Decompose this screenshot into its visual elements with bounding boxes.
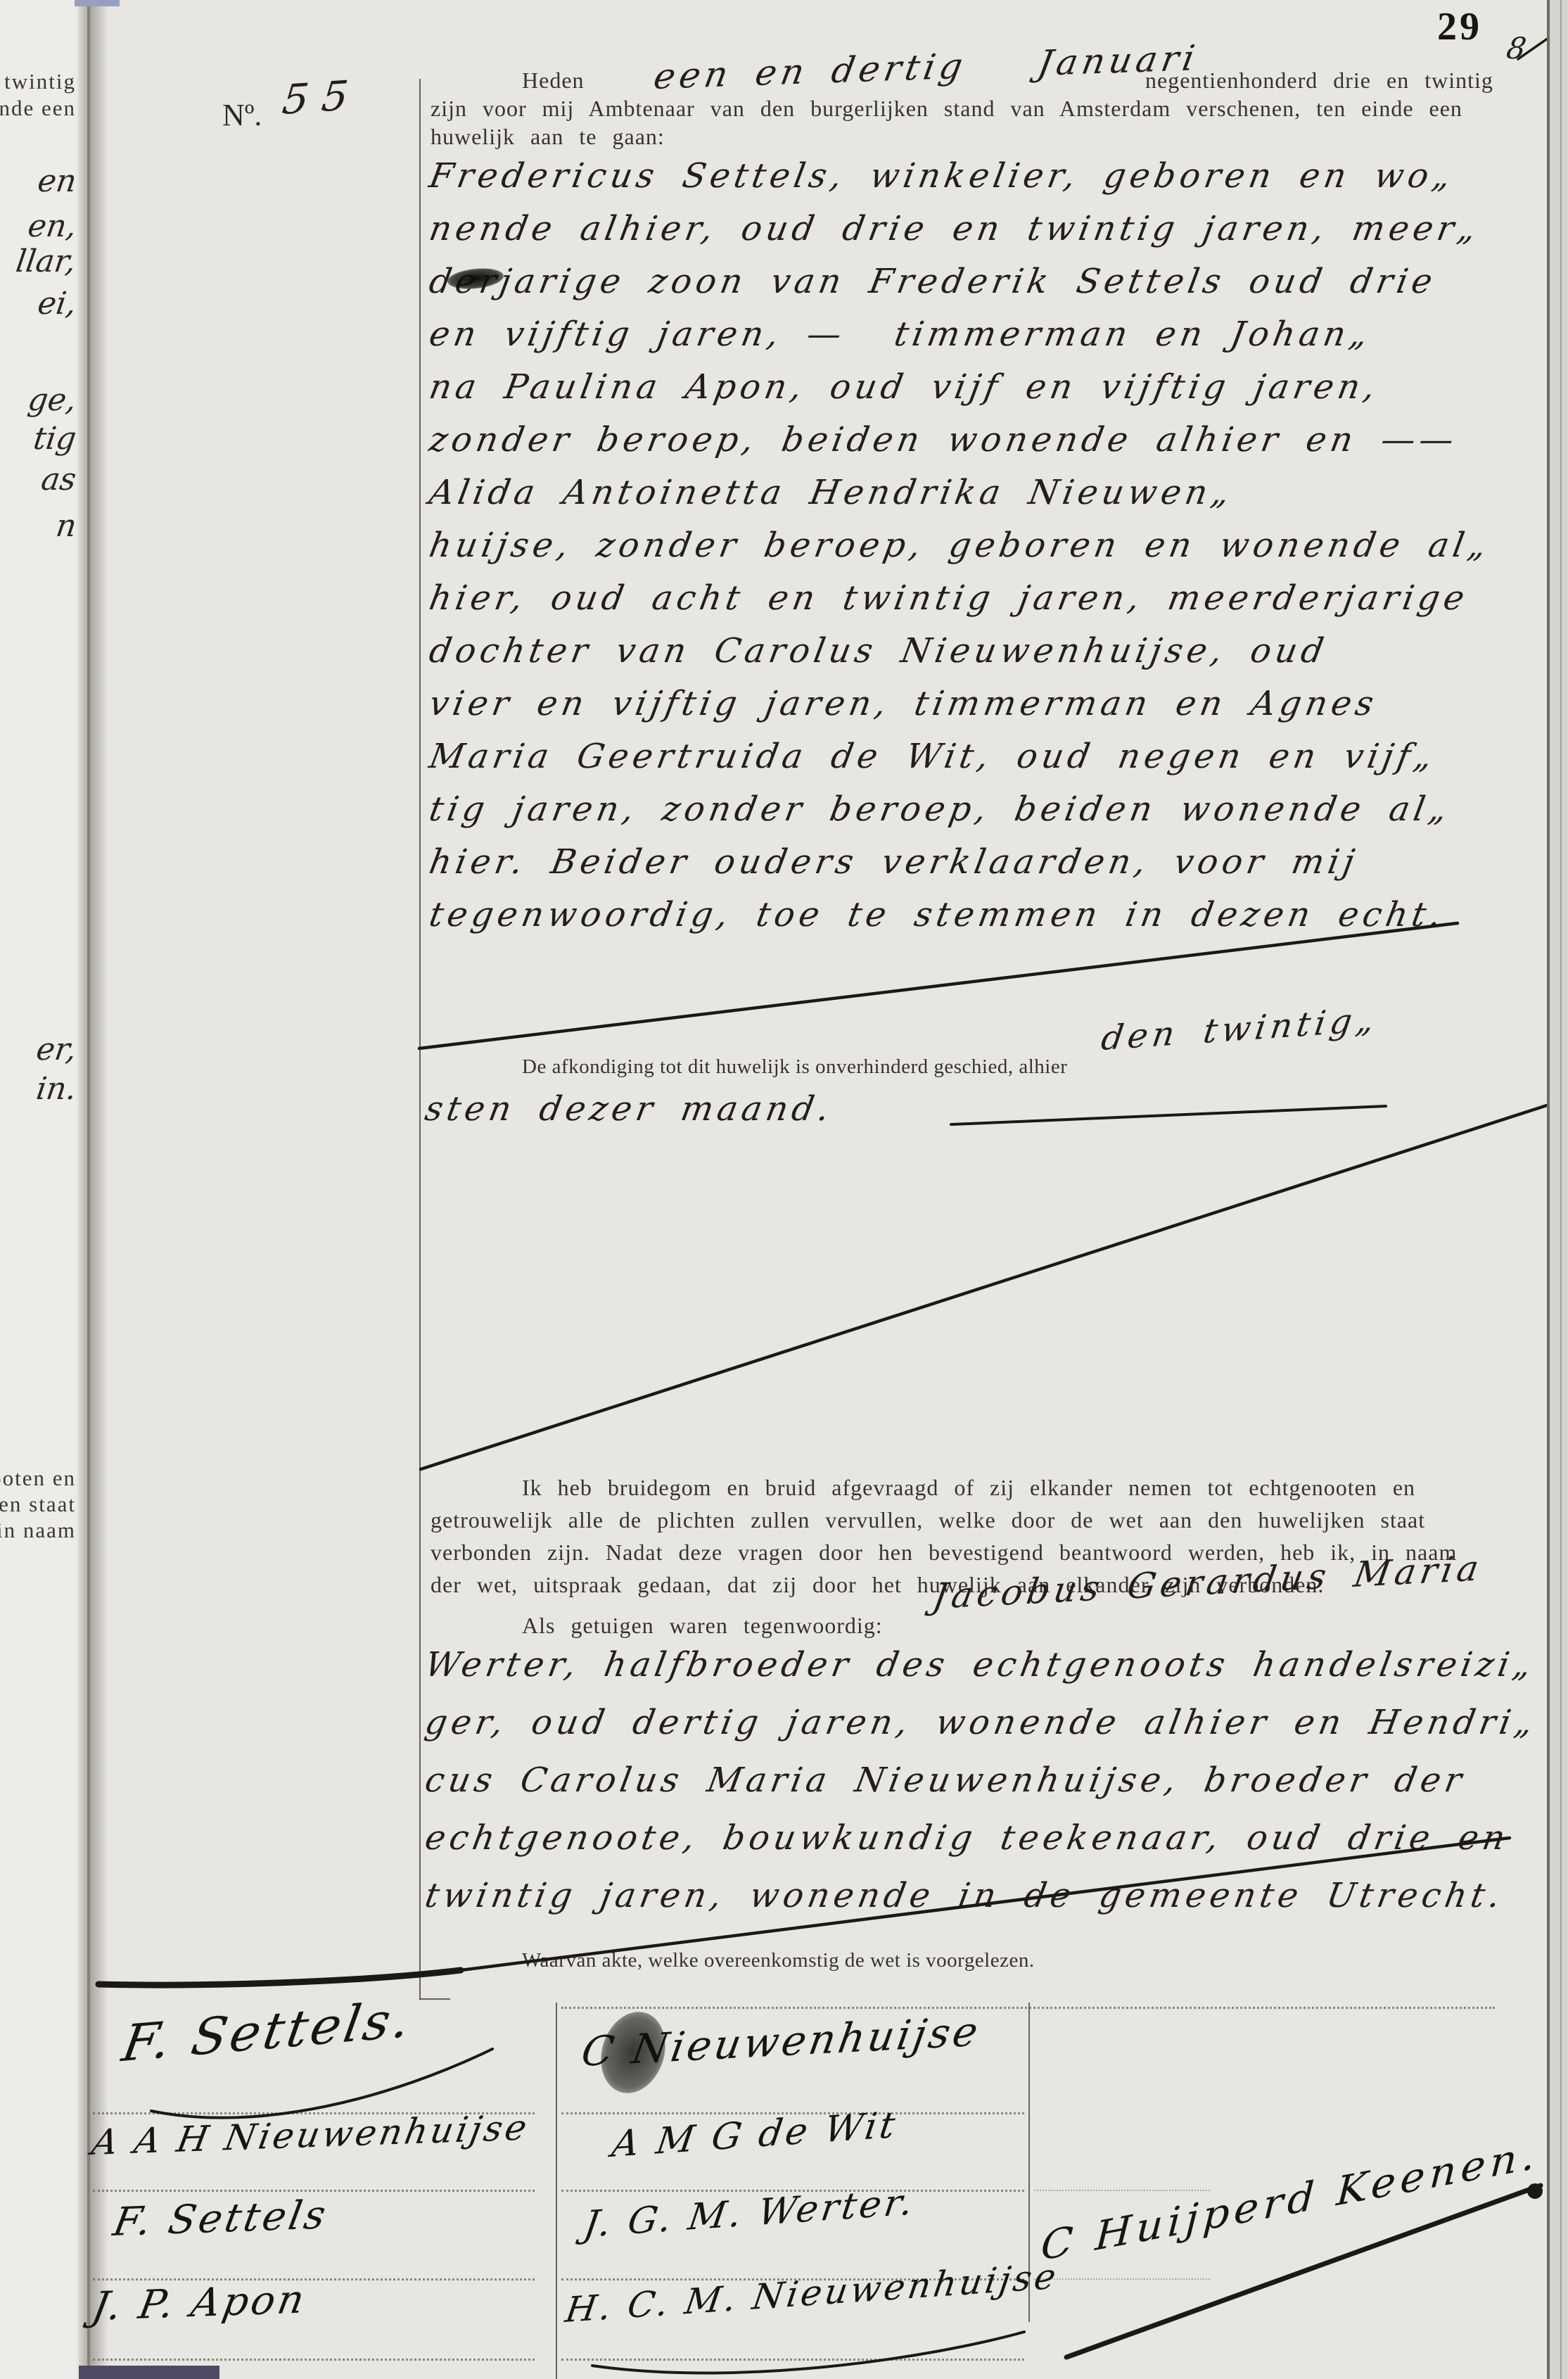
signature-flourish-witness xyxy=(592,2332,1024,2373)
clerk-paraaf-mark: 8 xyxy=(1504,31,1529,65)
declaration-line: getrouwelijk alle de plichten zullen ver… xyxy=(431,1507,1425,1533)
signature-ruling-line xyxy=(561,2007,1495,2009)
parties-text-line: dochter van Carolus Nieuwenhuijse, oud xyxy=(426,631,1331,671)
left-margin-script-fragment: er, xyxy=(34,1032,78,1067)
left-margin-script-fragment: in. xyxy=(34,1071,79,1107)
witness-text-line: echtgenoote, bouwkundig teekenaar, oud d… xyxy=(422,1818,1512,1858)
witness-text-line: ger, oud dertig jaren, wonende alhier en… xyxy=(422,1703,1540,1742)
intro-printed-line3: huwelijk aan te gaan: xyxy=(431,124,665,150)
page-edge-inner-line xyxy=(1560,0,1562,2379)
declaration-line: Ik heb bruidegom en bruid afgevraagd of … xyxy=(522,1475,1415,1501)
intro-printed-line2: zijn voor mij Ambtenaar van den burgerli… xyxy=(431,96,1462,122)
scan-artifact-bottom xyxy=(79,2366,219,2379)
announcement-printed: De afkondiging tot dit huwelijk is onver… xyxy=(522,1055,1067,1079)
parties-text-line: Fredericus Settels, winkelier, geboren e… xyxy=(426,156,1458,196)
signature-father-groom: F. Settels xyxy=(110,2192,332,2245)
left-margin-printed-fragment: twintig xyxy=(4,69,76,94)
marriage-certificate-page: twintig inde een en en, llar, ei, ge, ti… xyxy=(0,0,1568,2379)
announcement-written-2: sten dezer maand. xyxy=(422,1089,836,1129)
book-gutter-crease xyxy=(87,0,90,2379)
intro-printed-year: negentienhonderd drie en twintig xyxy=(1145,68,1493,94)
parties-text-line: hier, oud acht en twintig jaren, meerder… xyxy=(426,578,1472,618)
fill-line-announcement xyxy=(951,1106,1386,1124)
parties-text-line: zonder beroep, beiden wonende alhier en … xyxy=(426,420,1461,459)
signature-ruling-line xyxy=(93,2359,535,2361)
signature-ruling-line xyxy=(1034,2278,1210,2280)
left-margin-script-fragment: ge, xyxy=(25,382,78,418)
parties-text-line: tegenwoordig, toe te stemmen in dezen ec… xyxy=(426,895,1448,934)
signature-groom: F. Settels. xyxy=(118,1989,417,2073)
signature-ruling-line xyxy=(93,2278,535,2280)
signature-mother-groom: J. P. Apon xyxy=(89,2277,310,2330)
left-margin-script-fragment: tig xyxy=(31,421,78,457)
signature-ruling-line xyxy=(1034,2190,1210,2191)
act-number-value: 5 5 xyxy=(280,72,350,124)
parties-text-line: vier en vijftig jaren, timmerman en Agne… xyxy=(426,684,1381,723)
parties-text-line: huijse, zonder beroep, geboren en wonend… xyxy=(426,526,1493,565)
left-margin-printed-fragment: ooten en xyxy=(0,1466,76,1491)
book-gutter-fold xyxy=(76,0,108,2379)
previous-page-edge: twintig inde een en en, llar, ei, ge, ti… xyxy=(0,0,79,2379)
left-margin-printed-fragment: inde een xyxy=(0,96,76,121)
act-number-label: Nº. xyxy=(222,97,262,133)
left-margin-printed-fragment: in naam xyxy=(0,1518,76,1543)
left-margin-script-fragment: en, xyxy=(25,208,79,244)
left-margin-script-fragment: ei, xyxy=(35,286,78,322)
witness-text-line: cus Carolus Maria Nieuwenhuijse, broeder… xyxy=(422,1761,1469,1800)
signature-grid-divider-left xyxy=(556,2003,557,2379)
parties-text-line: en vijftig jaren, — timmerman en Johan„ xyxy=(426,315,1375,354)
signature-witness-nieuwenhuijse: H. C. M. Nieuwenhuijse xyxy=(563,2256,1062,2330)
left-margin-script-fragment: n xyxy=(53,508,79,544)
parties-text-line: tig jaren, zonder beroep, beiden wonende… xyxy=(426,789,1454,829)
text-block-left-rule xyxy=(419,79,421,2000)
ink-blot-signature xyxy=(591,2003,675,2101)
scan-artifact-top xyxy=(75,0,120,6)
closing-printed: Waarvan akte, welke overeenkomstig de we… xyxy=(522,1949,1035,1972)
parties-text-line: Maria Geertruida de Wit, oud negen en vi… xyxy=(426,737,1439,776)
folio-number: 29 xyxy=(1437,4,1482,49)
left-margin-script-fragment: en xyxy=(35,163,79,199)
signature-bride: A A H Nieuwenhuijse xyxy=(89,2107,533,2163)
parties-text-line: nende alhier, oud drie en twintig jaren,… xyxy=(426,209,1483,248)
strike-line-3-tail xyxy=(98,1970,461,1985)
signature-registrar: C Huijperd Keenen. xyxy=(1040,2131,1541,2270)
witnesses-printed-label: Als getuigen waren tegenwoordig: xyxy=(522,1613,883,1639)
strike-line-2 xyxy=(421,1103,1553,1469)
intro-printed-heden: Heden xyxy=(522,68,585,94)
left-margin-script-fragment: llar, xyxy=(14,243,79,279)
text-block-rule-foot xyxy=(419,1998,450,2000)
parties-text-line: hier. Beider ouders verklaarden, voor mi… xyxy=(426,842,1361,882)
registrar-stroke-blob xyxy=(1527,2183,1543,2199)
parties-text-line: na Paulina Apon, oud vijf en vijftig jar… xyxy=(426,367,1382,407)
page-edge-strip xyxy=(1550,0,1568,2379)
witness-text-line: twintig jaren, wonende in de gemeente Ut… xyxy=(422,1876,1508,1915)
witness-text-line: Werter, halfbroeder des echtgenoots hand… xyxy=(422,1645,1538,1685)
left-margin-script-fragment: as xyxy=(39,462,79,497)
written-marriage-date: een en dertig Januari xyxy=(651,37,1202,97)
left-margin-printed-fragment: en staat xyxy=(0,1492,76,1517)
signature-ruling-line xyxy=(561,2359,1024,2361)
announcement-written-1: den twintig„ xyxy=(1099,1000,1381,1058)
parties-text-line: Alida Antoinetta Hendrika Nieuwen„ xyxy=(426,473,1237,512)
parties-text-line: derjarige zoon van Frederik Settels oud … xyxy=(426,262,1439,301)
signature-ruling-line xyxy=(93,2190,535,2192)
